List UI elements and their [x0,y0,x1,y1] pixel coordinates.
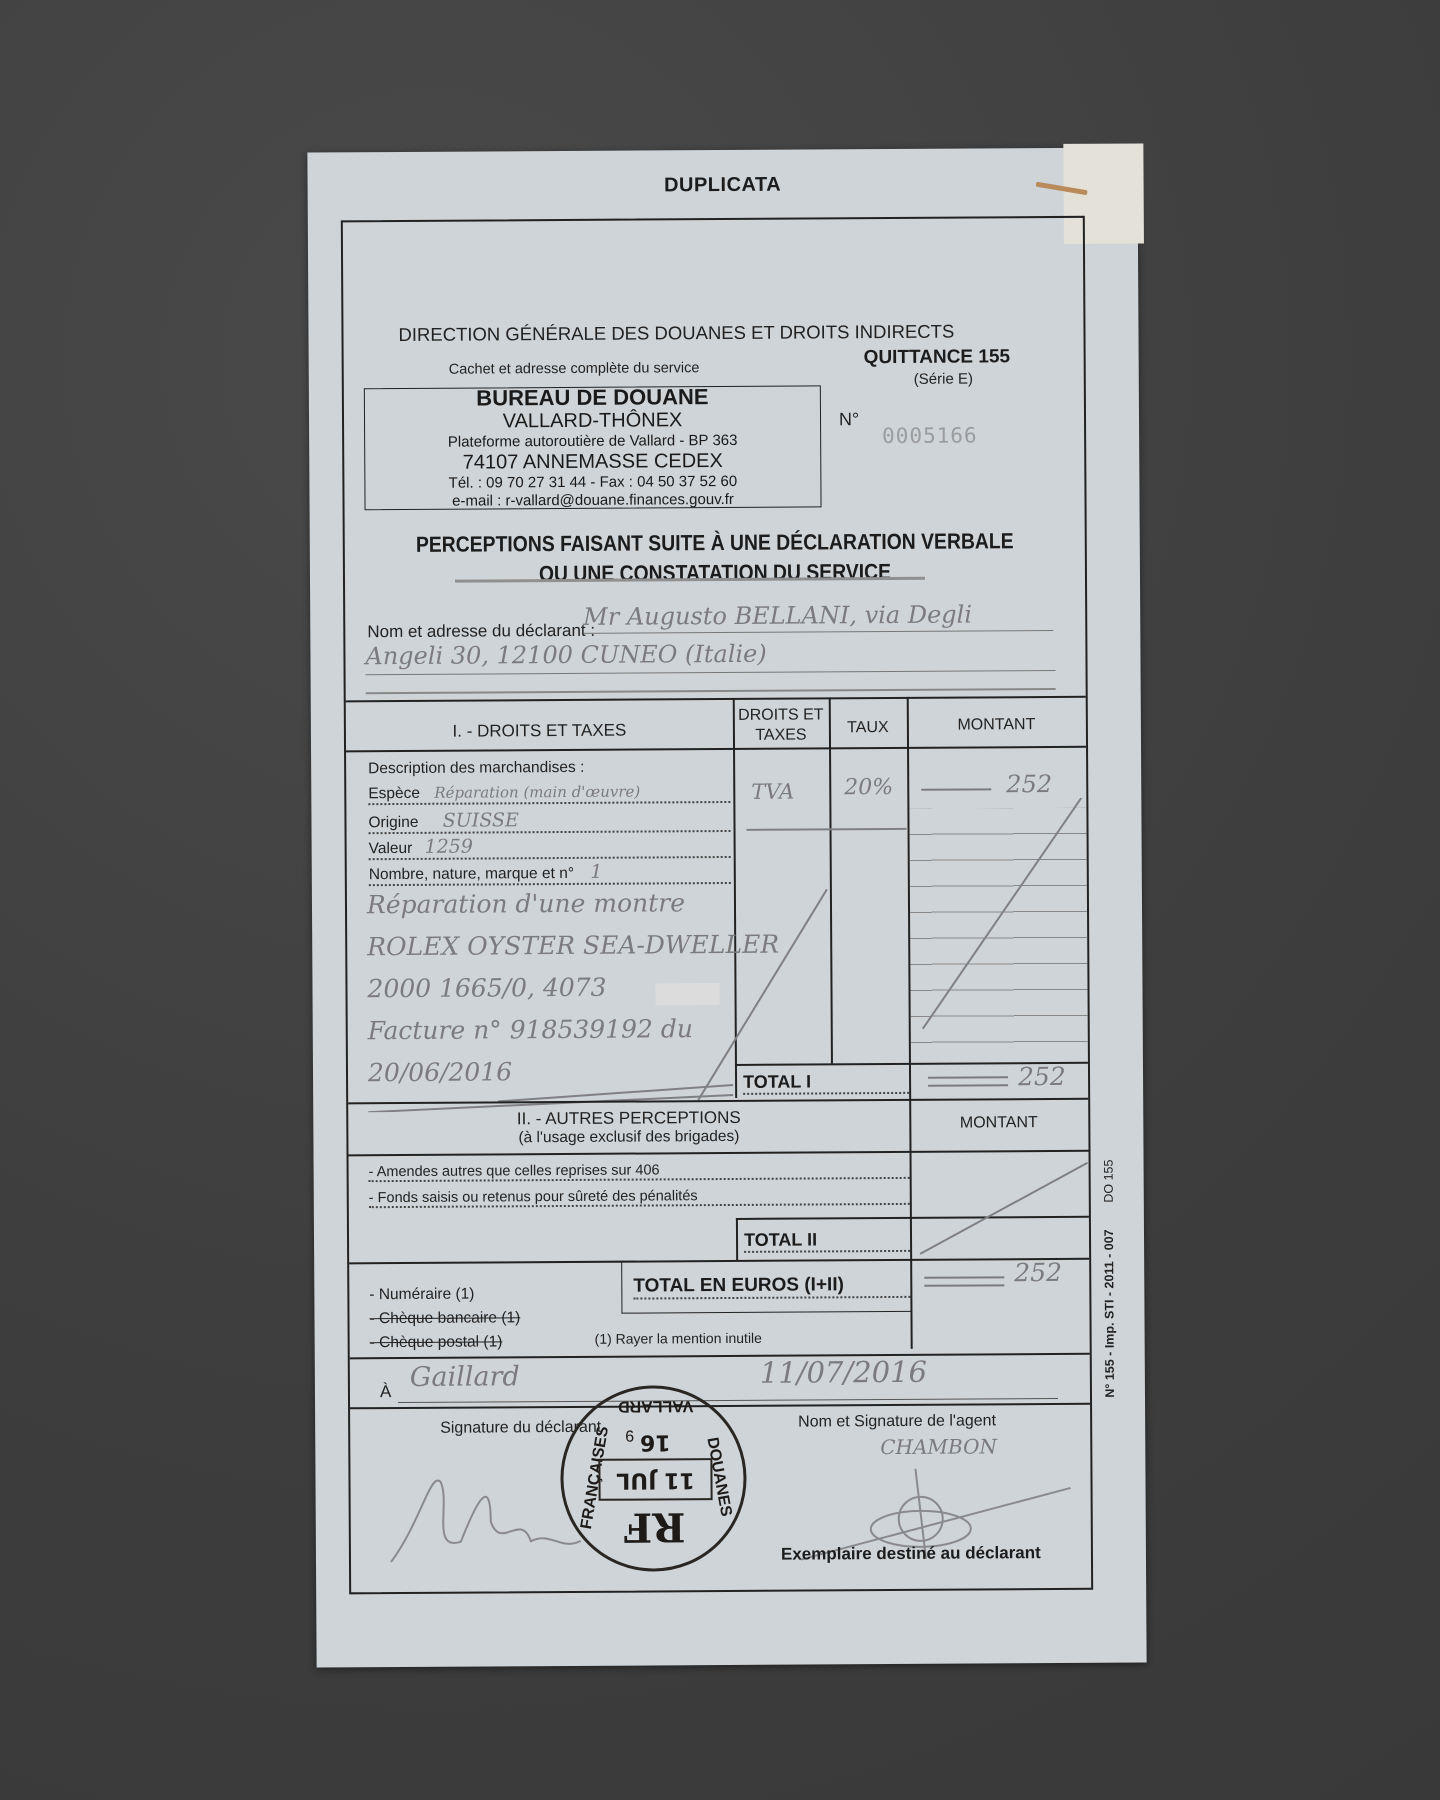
place-value: Gaillard [410,1361,520,1393]
section1-header-border [346,746,1086,753]
stamp-date: 11 JUL 16 [598,1458,712,1501]
bureau-name: BUREAU DE DOUANE [365,384,820,411]
customs-stamp: VALLARD FRANÇAISES DOUANES 6 11 JUL 16 R… [560,1385,747,1572]
section2-subheading: (à l'usage exclusif des brigades) [348,1127,909,1148]
section2-header-border [349,1150,1089,1157]
bureau-email: e-mail : r-vallard@douane.finances.gouv.… [365,490,820,510]
declarant-underline-2 [366,670,1056,675]
payment-cheque-postal: - Chèque postal (1) [370,1333,503,1352]
serie-label: (Série E) [914,370,973,387]
payment-numeraire: - Numéraire (1) [369,1286,474,1305]
section1-top-border [346,696,1086,703]
form-imprint: N° 155 - Imp. STI - 2011 - 007 [1102,1229,1117,1397]
signature-top-border [350,1403,1090,1410]
amendes-item: - Amendes autres que celles reprises sur… [369,1161,910,1182]
place-date-line [398,1398,1058,1403]
bureau-address-2: 74107 ANNEMASSE CEDEX [365,449,820,474]
col-montant-header: MONTANT [907,716,1086,735]
declarant-name: Mr Augusto BELLANI, via Degli [583,600,972,630]
total1-value: 252 [1018,1062,1066,1091]
total-euros-value: 252 [1014,1258,1062,1287]
total-euros-dash [924,1276,1004,1278]
perceptions-title-line2: OU UNE CONSTATATION DU SERVICE [389,558,1040,588]
col-taux-header: TAUX [829,719,907,737]
total-euros-dash2 [924,1284,1004,1286]
place-date-top-border [350,1353,1090,1360]
description-label: Description des marchandises : [368,759,584,778]
section1-heading: I. - DROITS ET TAXES [346,720,733,742]
form-code: DO 155 [1102,1160,1116,1203]
fonds-saisis-item: - Fonds saisis ou retenus pour sûreté de… [369,1187,910,1208]
montant-value: 252 [1006,770,1052,798]
total2-cancel-stroke [910,1158,1091,1259]
date-value: 11/07/2016 [760,1355,927,1390]
total2-left-border [736,1218,738,1260]
exemplaire-label: Exemplaire destiné au déclarant [781,1543,1041,1565]
bureau-location: VALLARD-THÔNEX [365,408,820,433]
total2-label: TOTAL II [744,1229,910,1253]
espece-label: Espèce [368,785,420,802]
customs-receipt-paper: DUPLICATA DIRECTION GÉNÉRALE DES DOUANES… [307,147,1146,1667]
stamp-counter: 6 [625,1429,634,1447]
cachet-label: Cachet et adresse complète du service [449,360,700,378]
perceptions-title-line1: PERCEPTIONS FAISANT SUITE À UNE DÉCLARAT… [389,528,1040,558]
description-line: Réparation d'une montre [367,882,779,927]
redacted-serial [655,983,719,1005]
place-prefix: À [380,1382,391,1402]
footnote: (1) Rayer la mention inutile [595,1330,762,1347]
total1-label: TOTAL I [743,1071,909,1095]
description-line: ROLEX OYSTER SEA-DWELLER [367,924,779,969]
montant-dash [921,788,991,790]
form-frame: DIRECTION GÉNÉRALE DES DOUANES ET DROITS… [341,216,1093,1595]
description-line: Facture n° 918539192 du [368,1008,780,1053]
declarant-underline-1 [583,630,1053,634]
duplicata-title: DUPLICATA [308,171,1138,199]
receipt-number-label: N° [839,409,859,430]
stamp-ring-top: VALLARD [618,1396,693,1414]
declarant-label: Nom et adresse du déclarant : [367,621,595,642]
espece-value: Réparation (main d'œuvre) [434,783,640,802]
stamp-rf: RF [624,1503,686,1550]
receipt-number: 0005166 [882,423,978,448]
total-euros-label: TOTAL EN EUROS (I+II) [633,1274,910,1300]
bureau-address-box: BUREAU DE DOUANE VALLARD-THÔNEX Platefor… [364,385,822,510]
direction-title: DIRECTION GÉNÉRALE DES DOUANES ET DROITS… [398,321,954,346]
payment-cheque-bancaire: - Chèque bancaire (1) [369,1309,520,1328]
agent-signature-label: Nom et Signature de l'agent [798,1412,996,1431]
section2-montant-header: MONTANT [909,1114,1088,1133]
declarant-address: Angeli 30, 12100 CUNEO (Italie) [365,640,766,670]
col-droits-header: DROITS ET TAXES [733,705,829,746]
declarant-strike-line [366,688,1056,694]
description-line: 20/06/2016 [368,1050,780,1095]
taux-value: 20% [844,775,893,800]
quittance-title: QUITTANCE 155 [864,346,1011,369]
